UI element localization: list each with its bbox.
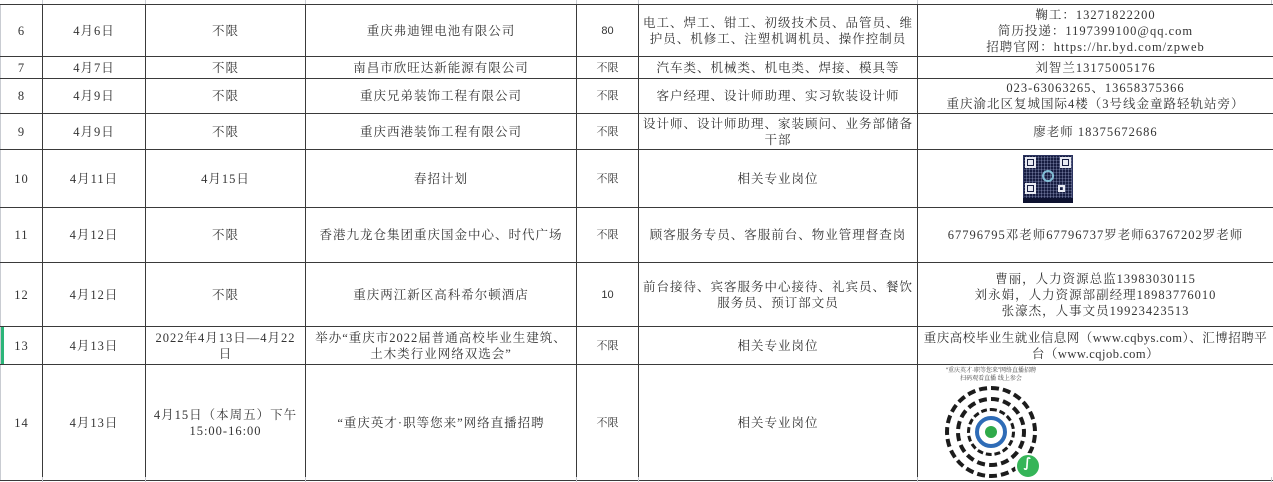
company-cell-text: 举办“重庆市2022届普通高校毕业生建筑、土木类行业网络双选会” bbox=[310, 330, 572, 362]
table-row: 64月6日不限重庆弗迪锂电池有限公司80电工、焊工、钳工、初级技术员、品管员、维… bbox=[1, 5, 1273, 57]
company-cell[interactable]: 南昌市欣旺达新能源有限公司 bbox=[306, 57, 577, 79]
headcount-cell-text: 10 bbox=[581, 287, 634, 303]
publish-date-cell[interactable]: 4月9日 bbox=[43, 114, 146, 150]
positions-cell-text: 设计师、设计师助理、家装顾问、业务部储备干部 bbox=[643, 116, 913, 148]
headcount-cell[interactable]: 不限 bbox=[577, 327, 639, 365]
deadline-cell[interactable]: 2022年4月13日—4月22日 bbox=[146, 327, 306, 365]
publish-date-cell[interactable]: 4月12日 bbox=[43, 208, 146, 263]
table-row: 124月12日不限重庆两江新区高科希尔顿酒店10前台接待、宾客服务中心接待、礼宾… bbox=[1, 263, 1273, 327]
contact-line: 023-63063265、13658375366 bbox=[922, 80, 1269, 96]
contact-line: 刘永娟，人力资源部副经理18983776010 bbox=[922, 287, 1269, 303]
contact-line: 刘智兰13175005176 bbox=[922, 60, 1269, 76]
qr-finder-icon bbox=[1025, 183, 1036, 194]
publish-date-cell[interactable]: 4月9日 bbox=[43, 79, 146, 114]
row-number-cell-text: 13 bbox=[5, 338, 38, 354]
table-row: 84月9日不限重庆兄弟装饰工程有限公司不限客户经理、设计师助理、实习软装设计师0… bbox=[1, 79, 1273, 114]
company-cell[interactable]: 春招计划 bbox=[306, 150, 577, 208]
row-number-cell-text: 7 bbox=[5, 60, 38, 76]
contact-line: 招聘官网：https://hr.byd.com/zpweb bbox=[922, 39, 1269, 55]
headcount-cell-text: 不限 bbox=[581, 60, 634, 76]
deadline-cell[interactable]: 不限 bbox=[146, 208, 306, 263]
deadline-cell[interactable]: 不限 bbox=[146, 263, 306, 327]
deadline-cell[interactable]: 不限 bbox=[146, 57, 306, 79]
headcount-cell-text: 80 bbox=[581, 23, 634, 39]
positions-cell-text: 相关专业岗位 bbox=[643, 171, 913, 187]
positions-cell[interactable]: 汽车类、机械类、机电类、焊接、模具等 bbox=[639, 57, 918, 79]
deadline-cell-text: 不限 bbox=[150, 23, 301, 39]
contact-cell[interactable]: 023-63063265、13658375366重庆渝北区复城国际4楼（3号线金… bbox=[918, 79, 1273, 114]
event-logo-icon bbox=[975, 416, 1007, 448]
qr-caption-line: “重庆英才·职等您来”网络直播招聘 bbox=[930, 367, 1052, 375]
positions-cell-text: 电工、焊工、钳工、初级技术员、品管员、维护员、机修工、注塑机调机员、操作控制员 bbox=[643, 15, 913, 47]
company-cell-text: 春招计划 bbox=[310, 171, 572, 187]
company-cell-text: 重庆兄弟装饰工程有限公司 bbox=[310, 88, 572, 104]
contact-line: 鞠工：13271822200 bbox=[922, 7, 1269, 23]
company-cell[interactable]: 举办“重庆市2022届普通高校毕业生建筑、土木类行业网络双选会” bbox=[306, 327, 577, 365]
logo-core-icon bbox=[985, 426, 997, 438]
deadline-cell-text: 4月15日 bbox=[150, 171, 301, 187]
headcount-cell[interactable]: 不限 bbox=[577, 365, 639, 481]
publish-date-cell-text: 4月12日 bbox=[47, 287, 141, 303]
contact-cell[interactable]: 67796795邓老师67796737罗老师63767202罗老师 bbox=[918, 208, 1273, 263]
contact-cell[interactable]: 重庆高校毕业生就业信息网（www.cqbys.com）、汇博招聘平台（www.c… bbox=[918, 327, 1273, 365]
company-cell[interactable]: “重庆英才·职等您来”网络直播招聘 bbox=[306, 365, 577, 481]
deadline-cell-text: 不限 bbox=[150, 287, 301, 303]
table-row: 134月13日2022年4月13日—4月22日举办“重庆市2022届普通高校毕业… bbox=[1, 327, 1273, 365]
row-number-cell[interactable]: 10 bbox=[1, 150, 43, 208]
qr-finder-icon bbox=[1060, 157, 1071, 168]
row-number-cell[interactable]: 12 bbox=[1, 263, 43, 327]
qr-code-dark-icon bbox=[1023, 155, 1073, 203]
qr-caption-line: 扫码观看直播 线上参会 bbox=[930, 375, 1052, 383]
contact-cell[interactable]: “重庆英才·职等您来”网络直播招聘扫码观看直播 线上参会∫ bbox=[918, 365, 1273, 481]
qr-finder-icon bbox=[1025, 157, 1036, 168]
green-badge-icon: ∫ bbox=[1015, 453, 1041, 479]
row-number-cell-text: 11 bbox=[5, 227, 38, 243]
row-number-cell[interactable]: 6 bbox=[1, 5, 43, 57]
contact-cell[interactable]: 鞠工：13271822200简历投递：1197399100@qq.com招聘官网… bbox=[918, 5, 1273, 57]
row-number-cell-text: 10 bbox=[5, 171, 38, 187]
publish-date-cell[interactable]: 4月11日 bbox=[43, 150, 146, 208]
company-cell[interactable]: 重庆兄弟装饰工程有限公司 bbox=[306, 79, 577, 114]
qr-code-round-icon: ∫ bbox=[945, 386, 1037, 478]
headcount-cell-text: 不限 bbox=[581, 171, 634, 187]
contact-line: 张濠杰，人事文员19923423513 bbox=[922, 303, 1269, 319]
headcount-cell-text: 不限 bbox=[581, 227, 634, 243]
contact-cell[interactable] bbox=[918, 150, 1273, 208]
table-row: 114月12日不限香港九龙仓集团重庆国金中心、时代广场不限顾客服务专员、客服前台… bbox=[1, 208, 1273, 263]
positions-cell-text: 客户经理、设计师助理、实习软装设计师 bbox=[643, 88, 913, 104]
row-number-cell[interactable]: 11 bbox=[1, 208, 43, 263]
positions-cell[interactable]: 顾客服务专员、客服前台、物业管理督查岗 bbox=[639, 208, 918, 263]
company-cell-text: “重庆英才·职等您来”网络直播招聘 bbox=[310, 415, 572, 431]
publish-date-cell-text: 4月9日 bbox=[47, 124, 141, 140]
positions-cell[interactable]: 相关专业岗位 bbox=[639, 327, 918, 365]
deadline-cell[interactable]: 不限 bbox=[146, 114, 306, 150]
positions-cell[interactable]: 电工、焊工、钳工、初级技术员、品管员、维护员、机修工、注塑机调机员、操作控制员 bbox=[639, 5, 918, 57]
contact-line: 67796795邓老师67796737罗老师63767202罗老师 bbox=[922, 227, 1269, 243]
headcount-cell-text: 不限 bbox=[581, 88, 634, 104]
table-row: 104月11日4月15日春招计划不限相关专业岗位 bbox=[1, 150, 1273, 208]
headcount-cell[interactable]: 不限 bbox=[577, 150, 639, 208]
company-cell-text: 南昌市欣旺达新能源有限公司 bbox=[310, 60, 572, 76]
positions-cell[interactable]: 设计师、设计师助理、家装顾问、业务部储备干部 bbox=[639, 114, 918, 150]
company-cell-text: 重庆西港装饰工程有限公司 bbox=[310, 124, 572, 140]
table-row: 94月9日不限重庆西港装饰工程有限公司不限设计师、设计师助理、家装顾问、业务部储… bbox=[1, 114, 1273, 150]
headcount-cell[interactable]: 不限 bbox=[577, 114, 639, 150]
deadline-cell-text: 不限 bbox=[150, 60, 301, 76]
positions-cell[interactable]: 前台接待、宾客服务中心接待、礼宾员、餐饮服务员、预订部文员 bbox=[639, 263, 918, 327]
deadline-cell-text: 2022年4月13日—4月22日 bbox=[150, 330, 301, 362]
publish-date-cell-text: 4月13日 bbox=[47, 338, 141, 354]
qr-round-block: “重庆英才·职等您来”网络直播招聘扫码观看直播 线上参会∫ bbox=[930, 367, 1052, 478]
publish-date-cell-text: 4月9日 bbox=[47, 88, 141, 104]
row-number-cell-text: 8 bbox=[5, 88, 38, 104]
headcount-cell[interactable]: 10 bbox=[577, 263, 639, 327]
row-number-cell-text: 12 bbox=[5, 287, 38, 303]
deadline-cell-text: 不限 bbox=[150, 124, 301, 140]
publish-date-cell-text: 4月12日 bbox=[47, 227, 141, 243]
deadline-cell-text: 4月15日（本周五）下午15:00-16:00 bbox=[150, 407, 301, 439]
company-cell-text: 重庆弗迪锂电池有限公司 bbox=[310, 23, 572, 39]
headcount-cell[interactable]: 不限 bbox=[577, 57, 639, 79]
row-number-cell[interactable]: 8 bbox=[1, 79, 43, 114]
contact-cell[interactable]: 廖老师 18375672686 bbox=[918, 114, 1273, 150]
deadline-cell-text: 不限 bbox=[150, 227, 301, 243]
company-cell[interactable]: 重庆两江新区高科希尔顿酒店 bbox=[306, 263, 577, 327]
row-number-cell-text: 6 bbox=[5, 23, 38, 39]
company-cell[interactable]: 重庆弗迪锂电池有限公司 bbox=[306, 5, 577, 57]
publish-date-cell-text: 4月13日 bbox=[47, 415, 141, 431]
company-cell-text: 香港九龙仓集团重庆国金中心、时代广场 bbox=[310, 227, 572, 243]
spreadsheet-view: 64月6日不限重庆弗迪锂电池有限公司80电工、焊工、钳工、初级技术员、品管员、维… bbox=[0, 0, 1273, 482]
publish-date-cell[interactable]: 4月6日 bbox=[43, 5, 146, 57]
deadline-cell[interactable]: 不限 bbox=[146, 5, 306, 57]
contact-line: 曹丽，人力资源总监13983030115 bbox=[922, 271, 1269, 287]
qr-module-icon bbox=[1058, 185, 1065, 192]
headcount-cell-text: 不限 bbox=[581, 124, 634, 140]
deadline-cell[interactable]: 4月15日（本周五）下午15:00-16:00 bbox=[146, 365, 306, 481]
publish-date-cell[interactable]: 4月13日 bbox=[43, 365, 146, 481]
company-cell-text: 重庆两江新区高科希尔顿酒店 bbox=[310, 287, 572, 303]
positions-cell-text: 汽车类、机械类、机电类、焊接、模具等 bbox=[643, 60, 913, 76]
qr-center-ring-icon bbox=[1042, 170, 1054, 182]
deadline-cell[interactable]: 4月15日 bbox=[146, 150, 306, 208]
contact-line: 重庆渝北区复城国际4楼（3号线金童路轻轨站旁） bbox=[922, 96, 1269, 112]
headcount-cell-text: 不限 bbox=[581, 338, 634, 354]
headcount-cell[interactable]: 不限 bbox=[577, 79, 639, 114]
positions-cell-text: 前台接待、宾客服务中心接待、礼宾员、餐饮服务员、预订部文员 bbox=[643, 279, 913, 311]
table-row: 144月13日4月15日（本周五）下午15:00-16:00“重庆英才·职等您来… bbox=[1, 365, 1273, 481]
row-number-cell[interactable]: 14 bbox=[1, 365, 43, 481]
positions-cell[interactable]: 相关专业岗位 bbox=[639, 365, 918, 481]
deadline-cell[interactable]: 不限 bbox=[146, 79, 306, 114]
deadline-cell-text: 不限 bbox=[150, 88, 301, 104]
recruitment-table: 64月6日不限重庆弗迪锂电池有限公司80电工、焊工、钳工、初级技术员、品管员、维… bbox=[0, 4, 1273, 481]
row-number-cell-text: 9 bbox=[5, 124, 38, 140]
contact-line: 简历投递：1197399100@qq.com bbox=[922, 23, 1269, 39]
contact-line: 重庆高校毕业生就业信息网（www.cqbys.com）、汇博招聘平台（www.c… bbox=[922, 330, 1269, 362]
positions-cell[interactable]: 客户经理、设计师助理、实习软装设计师 bbox=[639, 79, 918, 114]
publish-date-cell-text: 4月7日 bbox=[47, 60, 141, 76]
positions-cell[interactable]: 相关专业岗位 bbox=[639, 150, 918, 208]
publish-date-cell[interactable]: 4月7日 bbox=[43, 57, 146, 79]
company-cell[interactable]: 重庆西港装饰工程有限公司 bbox=[306, 114, 577, 150]
table-row: 74月7日不限南昌市欣旺达新能源有限公司不限汽车类、机械类、机电类、焊接、模具等… bbox=[1, 57, 1273, 79]
row-number-cell[interactable]: 7 bbox=[1, 57, 43, 79]
contact-cell[interactable]: 刘智兰13175005176 bbox=[918, 57, 1273, 79]
qr-caption-band bbox=[1023, 198, 1073, 203]
headcount-cell[interactable]: 不限 bbox=[577, 208, 639, 263]
contact-line: 廖老师 18375672686 bbox=[922, 124, 1269, 140]
positions-cell-text: 相关专业岗位 bbox=[643, 338, 913, 354]
row-number-cell[interactable]: 13 bbox=[1, 327, 43, 365]
table-body: 64月6日不限重庆弗迪锂电池有限公司80电工、焊工、钳工、初级技术员、品管员、维… bbox=[1, 5, 1273, 481]
publish-date-cell-text: 4月6日 bbox=[47, 23, 141, 39]
contact-cell[interactable]: 曹丽，人力资源总监13983030115刘永娟，人力资源部副经理18983776… bbox=[918, 263, 1273, 327]
publish-date-cell[interactable]: 4月13日 bbox=[43, 327, 146, 365]
headcount-cell[interactable]: 80 bbox=[577, 5, 639, 57]
company-cell[interactable]: 香港九龙仓集团重庆国金中心、时代广场 bbox=[306, 208, 577, 263]
positions-cell-text: 顾客服务专员、客服前台、物业管理督查岗 bbox=[643, 227, 913, 243]
positions-cell-text: 相关专业岗位 bbox=[643, 415, 913, 431]
publish-date-cell[interactable]: 4月12日 bbox=[43, 263, 146, 327]
row-number-cell-text: 14 bbox=[5, 415, 38, 431]
headcount-cell-text: 不限 bbox=[581, 415, 634, 431]
publish-date-cell-text: 4月11日 bbox=[47, 171, 141, 187]
row-number-cell[interactable]: 9 bbox=[1, 114, 43, 150]
